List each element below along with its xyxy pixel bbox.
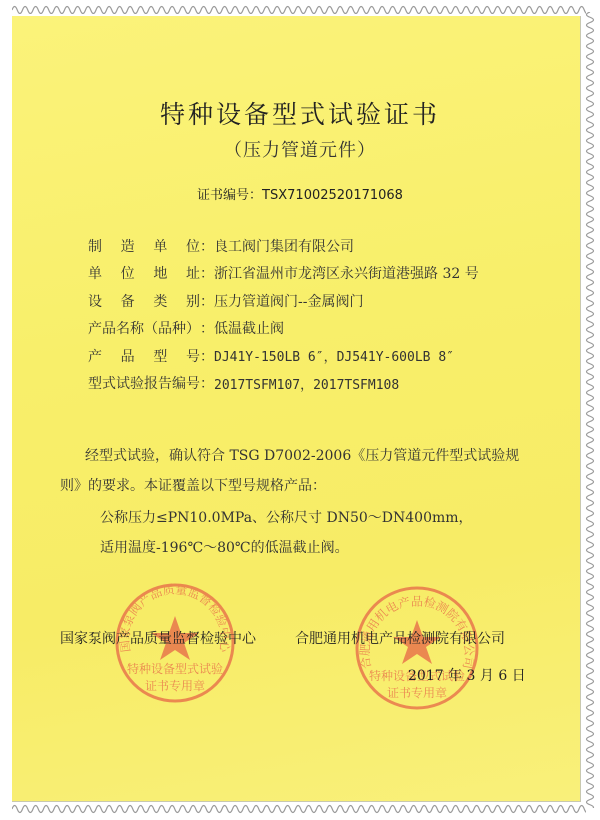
body-text-line-2: 则》的要求。本证覆盖以下型号规格产品： — [60, 475, 326, 495]
field-test-report-number: 型式试验报告编号：2017TSFM107，2017TSFM108 — [88, 370, 479, 398]
body-text-line-3: 公称压力≤PN10.0MPa、公称尺寸 DN50～DN400mm， — [100, 507, 473, 527]
field-separator: ： — [200, 263, 214, 283]
certificate-number-label: 证书编号： — [197, 188, 262, 203]
field-label: 设备类别 — [88, 291, 200, 311]
official-seal-right: 合肥通用机电产品检测院有限公司 特种设备型式试验 证书专用章 — [352, 578, 482, 718]
certificate-number-value: TSX71002520171068 — [262, 188, 403, 203]
body-text-line-4: 适用温度-196℃～80℃的低温截止阀。 — [100, 537, 349, 557]
field-label: 单位地址 — [88, 263, 200, 283]
issuer-left: 国家泵阀产品质量监督检验中心 — [60, 628, 256, 648]
wavy-border-bottom — [12, 804, 586, 814]
wavy-border-right — [584, 12, 596, 808]
field-value: 压力管道阀门--金属阀门 — [214, 291, 363, 311]
certificate-subtitle: （压力管道元件） — [0, 136, 600, 162]
field-separator: ： — [200, 291, 214, 311]
seal-line-2: 证书专用章 — [387, 685, 447, 700]
field-value: 浙江省温州市龙湾区永兴街道港强路 32 号 — [214, 263, 479, 283]
field-separator: ： — [200, 318, 214, 338]
field-label: 制造单位 — [88, 236, 200, 256]
wavy-border-top — [12, 4, 586, 14]
seal-line-1: 特种设备型式试验 — [127, 661, 223, 676]
field-separator: ： — [200, 373, 214, 393]
issue-date: 2017 年 3 月 6 日 — [408, 665, 526, 685]
field-address: 单位地址：浙江省温州市龙湾区永兴街道港强路 32 号 — [88, 260, 479, 288]
field-label: 型式试验报告编号 — [88, 373, 200, 393]
issuer-right: 合肥通用机电产品检测院有限公司 — [295, 628, 505, 648]
field-separator: ： — [200, 346, 214, 366]
field-manufacturer: 制造单位：良工阀门集团有限公司 — [88, 232, 479, 260]
field-product-name: 产品名称（品种）：低温截止阀 — [88, 315, 479, 343]
certificate-fields: 制造单位：良工阀门集团有限公司 单位地址：浙江省温州市龙湾区永兴街道港强路 32… — [88, 232, 479, 397]
field-value: 低温截止阀 — [214, 318, 284, 338]
certificate-title: 特种设备型式试验证书 — [0, 95, 600, 131]
seal-line-2: 证书专用章 — [145, 678, 205, 693]
field-value: DJ41Y-150LB 6″，DJ541Y-600LB 8″ — [214, 346, 454, 365]
field-product-model: 产品型号：DJ41Y-150LB 6″，DJ541Y-600LB 8″ — [88, 342, 479, 370]
field-separator: ： — [200, 236, 214, 256]
field-label: 产品名称（品种） — [88, 318, 200, 338]
field-value: 2017TSFM107，2017TSFM108 — [214, 374, 399, 393]
field-label: 产品型号 — [88, 346, 200, 366]
certificate-number: 证书编号：TSX71002520171068 — [0, 184, 600, 203]
field-equipment-category: 设备类别：压力管道阀门--金属阀门 — [88, 287, 479, 315]
field-value: 良工阀门集团有限公司 — [214, 236, 354, 256]
body-text-line-1: 经型式试验，确认符合 TSG D7002-2006《压力管道元件型式试验规 — [85, 445, 519, 465]
